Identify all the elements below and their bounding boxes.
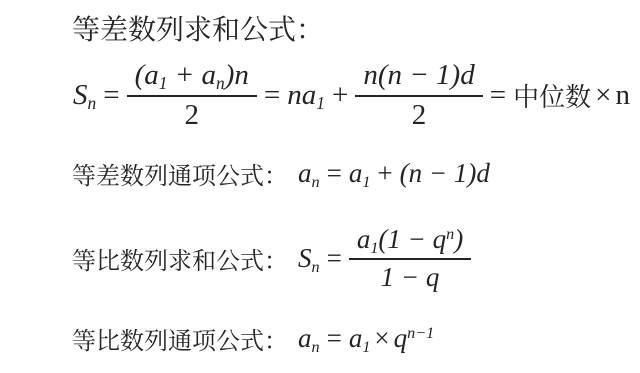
math-text: (a — [135, 59, 159, 91]
math-text: na — [287, 79, 316, 111]
times-sign: × — [374, 323, 389, 354]
plus-sign: + — [377, 158, 392, 189]
fraction-denominator: 2 — [184, 97, 199, 130]
subscript: n — [312, 172, 320, 190]
geo-sum-row: 等比数列求和公式： Sn = a1(1 − qn) 1 − q — [72, 219, 471, 297]
arith-sum-title-row: 等差数列求和公式： — [72, 10, 324, 46]
arith-term-title: 等差数列通项公式： — [72, 156, 288, 191]
equals-sign: = — [327, 323, 342, 354]
arith-sum-formula: Sn = (a1 + an)n 2 = na1 + n(n − 1)d 2 = … — [73, 56, 630, 134]
math-text: a — [298, 158, 312, 188]
n-count-label: n — [615, 79, 630, 112]
math-text: ) — [454, 224, 463, 254]
fraction-numerator: (a1 + an)n — [127, 60, 257, 96]
equals-sign: = — [327, 243, 342, 274]
a1-variable: a1 — [349, 158, 371, 189]
geo-term-title: 等比数列通项公式： — [72, 321, 288, 356]
times-sign: × — [595, 79, 611, 112]
subscript: n — [312, 257, 320, 275]
math-text: S — [73, 79, 88, 111]
a1-variable: a1 — [349, 323, 371, 354]
subscript: 1 — [362, 172, 370, 190]
arith-sum-title: 等差数列求和公式： — [72, 8, 324, 48]
fraction-numerator: a1(1 − qn) — [349, 225, 471, 259]
equals-sign: = — [264, 79, 280, 112]
an-variable: an — [298, 323, 320, 354]
math-text: )n — [225, 59, 249, 91]
sn-variable: Sn — [298, 243, 320, 274]
common-difference-term: (n − 1)d — [400, 158, 490, 189]
math-text: a — [298, 323, 312, 353]
subscript: n — [216, 73, 225, 93]
geo-term-row: 等比数列通项公式： an = a1 × qn−1 — [72, 315, 434, 361]
math-text: + a — [167, 59, 216, 91]
math-text: (1 − q — [378, 224, 446, 254]
math-text: q — [394, 323, 408, 353]
fraction-geo-sum: a1(1 − qn) 1 − q — [349, 225, 471, 291]
geo-sum-title: 等比数列求和公式： — [72, 241, 288, 276]
subscript: n — [312, 337, 320, 355]
fraction-denominator: 2 — [412, 97, 427, 130]
median-label: 中位数 — [513, 77, 591, 114]
plus-sign: + — [332, 79, 348, 112]
q-power-term: qn−1 — [394, 323, 435, 354]
equals-sign: = — [490, 79, 506, 112]
an-variable: an — [298, 158, 320, 189]
fraction-arith-sum-second: n(n − 1)d 2 — [355, 60, 482, 130]
fraction-numerator: n(n − 1)d — [355, 60, 482, 96]
math-text: a — [357, 224, 371, 254]
subscript: 1 — [316, 93, 325, 113]
sn-variable: Sn — [73, 79, 96, 112]
fraction-denominator: 1 − q — [381, 260, 440, 291]
math-text: S — [298, 243, 312, 273]
equals-sign: = — [327, 158, 342, 189]
superscript: n−1 — [407, 324, 434, 342]
formula-sheet-page: 等差数列求和公式： Sn = (a1 + an)n 2 = na1 + n(n … — [0, 0, 640, 373]
math-text: a — [349, 158, 363, 188]
math-text: a — [349, 323, 363, 353]
subscript: 1 — [362, 337, 370, 355]
subscript: n — [88, 93, 97, 113]
na1-term: na1 — [287, 79, 325, 112]
fraction-arith-sum-first: (a1 + an)n 2 — [127, 60, 257, 130]
equals-sign: = — [103, 79, 119, 112]
arith-term-row: 等差数列通项公式： an = a1 + (n − 1)d — [72, 151, 490, 195]
